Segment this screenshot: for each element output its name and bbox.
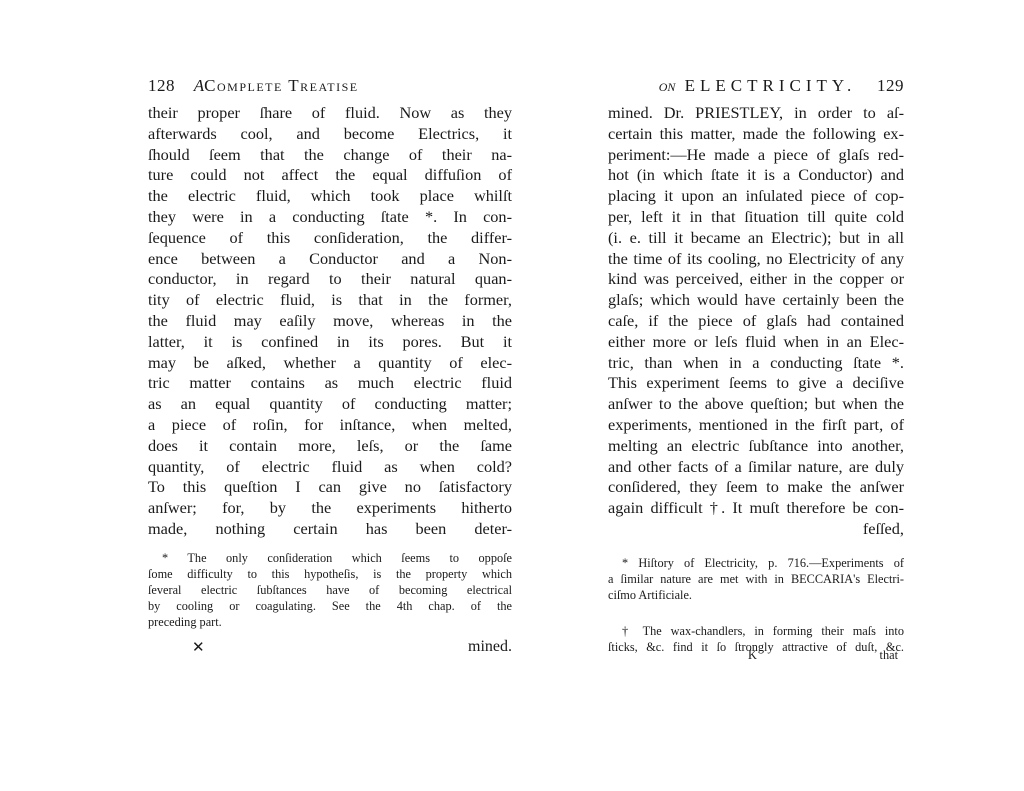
running-head-title: on ELECTRICITY. — [659, 76, 857, 95]
text-line: made, nothing certain has been deter- — [148, 519, 512, 540]
footnote-line: a ſimilar nature are met with in BECCARI… — [608, 571, 904, 587]
right-footnotes: * Hiſtory of Electricity, p. 716.—Experi… — [608, 555, 904, 655]
text-line: ture could not affect the equal diffuſio… — [148, 165, 512, 186]
footnote-line: ciſmo Artificiale. — [608, 587, 904, 603]
text-line: caſe, if the piece of glaſs had containe… — [608, 311, 904, 332]
footnote-gap — [608, 603, 904, 623]
text-line: again difficult †. It muſt therefore be … — [608, 498, 904, 519]
text-line: tity of electric fluid, is that in the f… — [148, 290, 512, 311]
page-number-left: 128 — [148, 76, 175, 95]
text-line: To this queſtion I can give no ſatisfact… — [148, 477, 512, 498]
text-line: hot (in which ſtate it is a Conductor) a… — [608, 165, 904, 186]
text-line: the fluid may eaſily move, whereas in th… — [148, 311, 512, 332]
text-line: as an equal quantity of conducting matte… — [148, 394, 512, 415]
text-line: quantity, of electric fluid as when cold… — [148, 457, 512, 478]
text-line: conſidered, they ſeem to make the anſwer — [608, 477, 904, 498]
text-line: per, left it in that ſituation till quit… — [608, 207, 904, 228]
running-head-title: AComplete Treatise — [194, 76, 359, 95]
footnote-line: * The only conſideration which ſeems to … — [148, 550, 512, 566]
text-line: may be aſked, whether a quantity of elec… — [148, 353, 512, 374]
text-line: ſhould ſeem that the change of their na- — [148, 145, 512, 166]
text-line: ſequence of this conſideration, the diff… — [148, 228, 512, 249]
footnote-line: * Hiſtory of Electricity, p. 716.—Experi… — [608, 555, 904, 571]
text-line: mined. Dr. PRIESTLEY, in order to aſ- — [608, 103, 904, 124]
footnote-line: † The wax-chandlers, in forming their ma… — [608, 623, 904, 639]
text-line: latter, it is confined in its pores. But… — [148, 332, 512, 353]
text-line: anſwer; for, by the experiments hitherto — [148, 498, 512, 519]
running-head-text: ELECTRICITY. — [685, 76, 857, 95]
page-number-right: 129 — [877, 76, 904, 95]
right-running-head: on ELECTRICITY. 129 — [659, 76, 904, 96]
right-body-text: mined. Dr. PRIESTLEY, in order to aſ- ce… — [608, 103, 904, 540]
text-line: anſwer to the above queſtion; but when t… — [608, 394, 904, 415]
text-line: placing it upon an inſulated piece of co… — [608, 186, 904, 207]
text-line: a piece of roſin, for inſtance, when mel… — [148, 415, 512, 436]
text-line: the electric fluid, which took place whi… — [148, 186, 512, 207]
running-head-text: Complete Treatise — [204, 76, 359, 95]
text-line: either more or leſs fluid when in an Ele… — [608, 332, 904, 353]
text-line: they were in a conducting ſtate *. In co… — [148, 207, 512, 228]
text-line: conductor, in regard to their natural qu… — [148, 269, 512, 290]
text-line: tric matter contains as much electric fl… — [148, 373, 512, 394]
footnote-line: ſeveral electric ſubſtances have of beco… — [148, 582, 512, 598]
left-running-head: 128 AComplete Treatise — [148, 76, 359, 96]
text-line: experiments, mentioned in the firſt part… — [608, 415, 904, 436]
running-head-preposition: on — [659, 76, 676, 95]
left-footnote: * The only conſideration which ſeems to … — [148, 550, 512, 630]
text-line: (i. e. till it became an Electric); but … — [608, 228, 904, 249]
text-line: their proper ſhare of fluid. Now as they — [148, 103, 512, 124]
text-line: ence between a Conductor and a Non- — [148, 249, 512, 270]
text-line: does it contain more, leſs, or the ſame — [148, 436, 512, 457]
footnote-line: ſome difficulty to this hypotheſis, is t… — [148, 566, 512, 582]
catchword: that — [880, 648, 898, 663]
text-line: tric, than when in a conducting ſtate *. — [608, 353, 904, 374]
footnote-line: by cooling or coagulating. See the 4th c… — [148, 598, 512, 614]
signature-mark: ✕ — [192, 638, 205, 657]
running-head-article: A — [194, 76, 204, 95]
text-line: glaſs; which would have certainly been t… — [608, 290, 904, 311]
text-line: periment:—He made a piece of glaſs red- — [608, 145, 904, 166]
text-line: This experiment ſeems to give a deciſive — [608, 373, 904, 394]
text-line: afterwards cool, and become Electrics, i… — [148, 124, 512, 145]
text-line: feſſed, — [608, 519, 904, 540]
text-line: certain this matter, made the following … — [608, 124, 904, 145]
text-line: the time of its cooling, no Electricity … — [608, 249, 904, 270]
signature-mark: K — [748, 648, 757, 663]
text-line: and other facts of a ſimilar nature, are… — [608, 457, 904, 478]
text-line: melting an electric ſubſtance into anoth… — [608, 436, 904, 457]
left-body-text: their proper ſhare of fluid. Now as they… — [148, 103, 512, 540]
text-line: kind was perceived, either in the copper… — [608, 269, 904, 290]
catchword: mined. — [468, 638, 512, 656]
footnote-line: preceding part. — [148, 614, 512, 630]
